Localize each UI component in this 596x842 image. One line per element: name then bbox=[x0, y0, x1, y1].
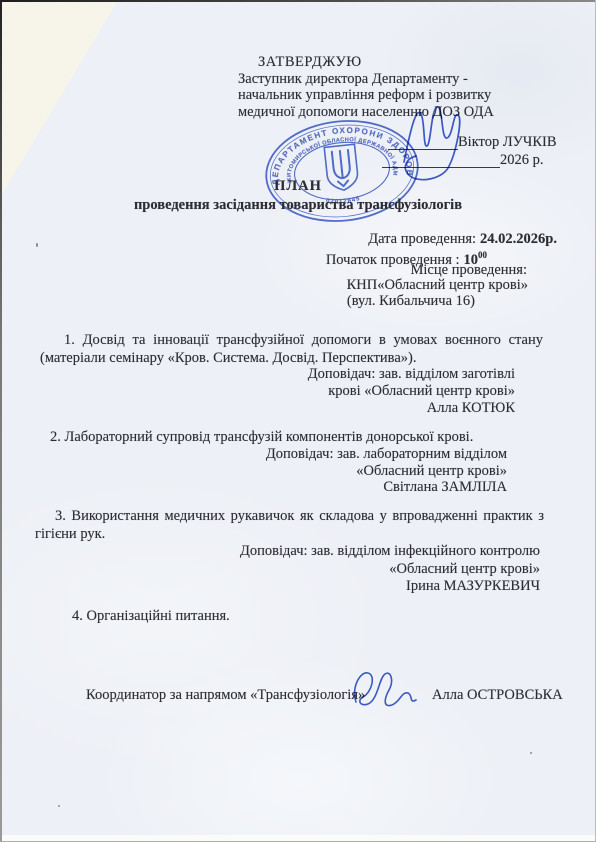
scan-speck bbox=[36, 243, 38, 247]
scan-edge-left bbox=[0, 0, 2, 842]
approval-heading: ЗАТВЕРДЖУЮ bbox=[258, 54, 494, 71]
agenda-item-2-speaker: Доповідач: зав. лабораторним відділом «О… bbox=[266, 446, 507, 496]
approval-year: 2026 р. bbox=[500, 152, 544, 169]
document-subtitle: проведення засідання товариства трансфуз… bbox=[0, 197, 596, 214]
date-value: 24.02.2026р. bbox=[480, 231, 557, 247]
speaker-line: «Обласний центр крові» bbox=[266, 463, 507, 480]
coordinator-name: Алла ОСТРОВСЬКА bbox=[432, 687, 563, 704]
scan-speck bbox=[530, 752, 532, 754]
speaker-line: крові «Обласний центр крові» bbox=[308, 383, 515, 400]
agenda-item-4: 4. Організаційні питання. bbox=[72, 608, 230, 626]
speaker-line: «Обласний центр крові» bbox=[240, 561, 540, 579]
speaker-name: Ірина МАЗУРКЕВИЧ bbox=[240, 578, 540, 596]
detail-date: Дата проведення:24.02.2026р. bbox=[368, 231, 557, 247]
coordinator-role: Координатор за напрямом «Трансфузіологія… bbox=[86, 687, 365, 704]
ostrovska-signature bbox=[348, 666, 426, 714]
agenda-item-3: 3. Використання медичних рукавичок як ск… bbox=[35, 508, 544, 543]
scan-speck bbox=[58, 805, 60, 807]
approval-line: Заступник директора Департаменту - bbox=[238, 71, 494, 88]
detail-place-address: (вул. Кибальчича 16) bbox=[347, 293, 475, 309]
detail-place-label: Місце проведення: bbox=[411, 262, 527, 278]
agenda-item-1-speaker: Доповідач: зав. відділом заготівлі крові… bbox=[308, 366, 515, 417]
detail-place-name: КНП«Обласний центр крові» bbox=[347, 277, 528, 293]
agenda-item-2: 2. Лабораторний супровід трансфузій комп… bbox=[40, 429, 550, 447]
agenda-item-3-speaker: Доповідач: зав. відділом інфекційного ко… bbox=[240, 543, 540, 596]
agenda-item-1: 1. Досвід та інновації трансфузійної доп… bbox=[40, 332, 543, 367]
date-label: Дата проведення: bbox=[368, 231, 476, 247]
scan-edge-top bbox=[0, 0, 596, 2]
document-title: ПЛАН bbox=[0, 178, 596, 195]
speaker-name: Світлана ЗАМЛІЛА bbox=[266, 479, 507, 496]
speaker-name: Алла КОТЮК bbox=[308, 400, 515, 417]
speaker-line: Доповідач: зав. лабораторним відділом bbox=[266, 446, 507, 463]
speaker-line: Доповідач: зав. відділом інфекційного ко… bbox=[240, 543, 540, 561]
speaker-line: Доповідач: зав. відділом заготівлі bbox=[308, 366, 515, 383]
scanned-document-page: ЗАТВЕРДЖУЮ Заступник директора Департаме… bbox=[0, 0, 596, 842]
approval-signer-name: Віктор ЛУЧКІВ bbox=[458, 134, 557, 151]
